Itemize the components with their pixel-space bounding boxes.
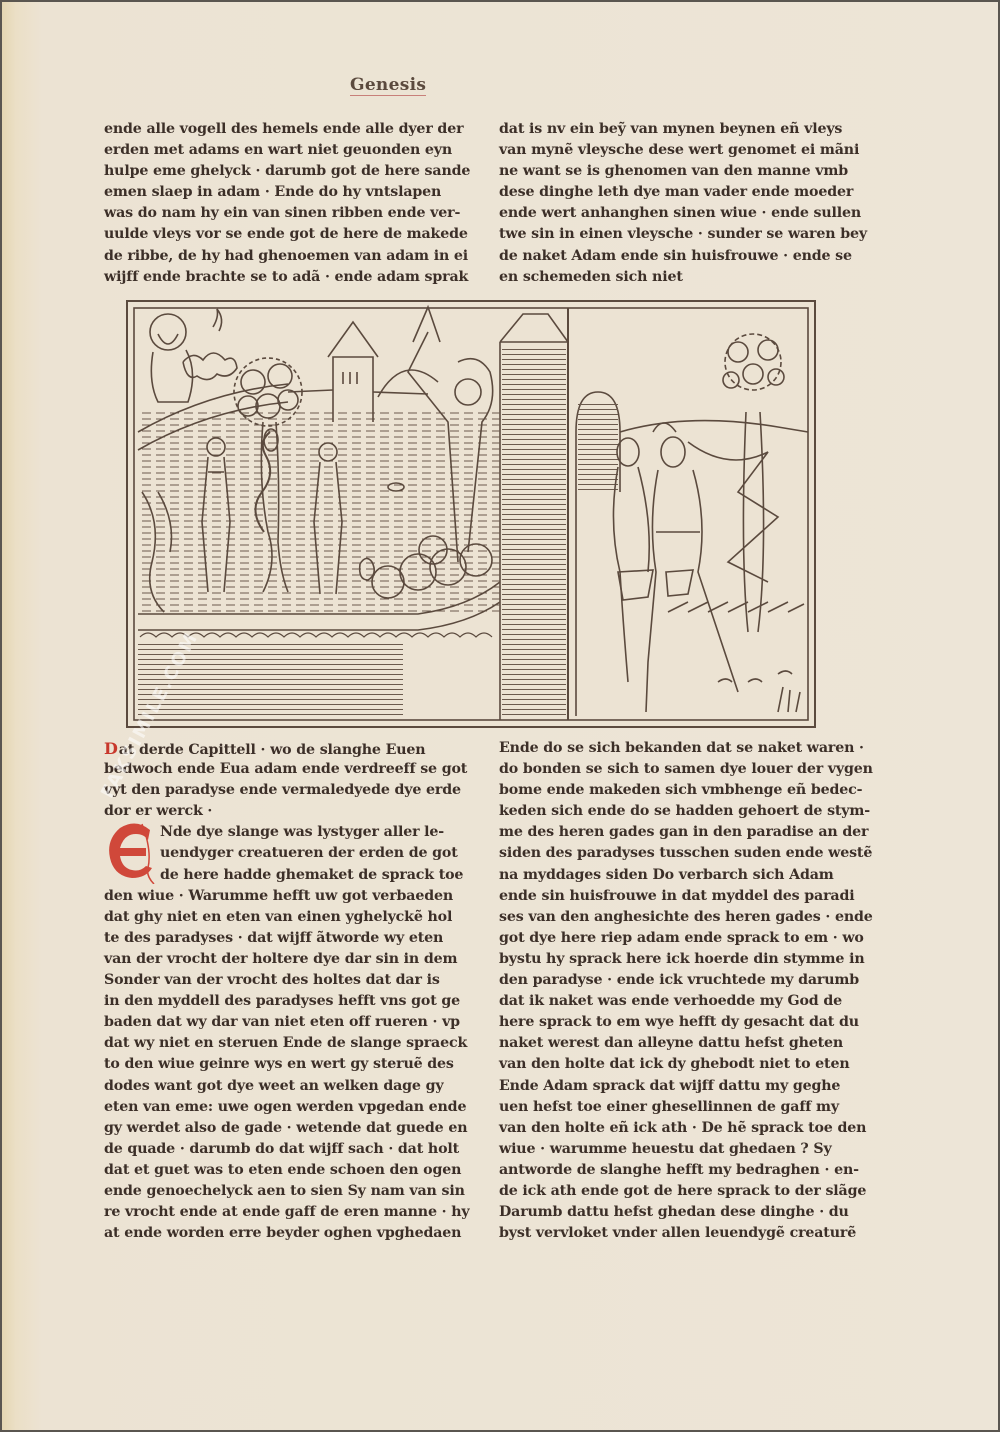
text-line: emen slaep in adam · Ende do hy vntslape… — [104, 182, 470, 203]
text-line: de ribbe, de hy had ghenoemen van adam i… — [104, 246, 470, 267]
running-head: Genesis — [350, 76, 426, 96]
text-line: keden sich ende do se hadden gehoert de … — [499, 801, 873, 822]
text-column-top-left: ende alle vogell des hemels ende alle dy… — [104, 119, 470, 288]
text-line: erden met adams en wart niet geuonden ey… — [104, 140, 470, 161]
text-line: re vrocht ende at ende gaff de eren mann… — [104, 1202, 469, 1223]
text-line: at ende worden erre beyder oghen vpgheda… — [104, 1223, 469, 1244]
text-line: ne want se is ghenomen van den manne vmb — [499, 161, 867, 182]
text-line: do bonden se sich to samen dye louer der… — [499, 759, 873, 780]
chapter-heading-line: vyt den paradyse ende vermaledyede dye e… — [104, 780, 469, 801]
text-line: de ick ath ende got de here sprack to de… — [499, 1181, 873, 1202]
text-line: dat is nv ein beỹ van mynen beynen eñ vl… — [499, 119, 867, 140]
text-column-top-right: dat is nv ein beỹ van mynen beynen eñ vl… — [499, 119, 867, 288]
text-line: uendyger creatueren der erden de got — [104, 843, 469, 864]
text-line: Ende Adam sprack dat wijff dattu my gegh… — [499, 1076, 873, 1097]
text-line: byst vervloket vnder allen leuendygẽ cre… — [499, 1223, 873, 1244]
text-line: dat ghy niet en eten van einen yghelyckẽ… — [104, 907, 469, 928]
text-line: naket werest dan alleyne dattu hefst ghe… — [499, 1033, 873, 1054]
text-line: eten van eme: uwe ogen werden vpgedan en… — [104, 1097, 469, 1118]
text-line: ende sin huisfrouwe in dat myddel des pa… — [499, 886, 873, 907]
text-line: wiue · warumme heuestu dat ghedaen ? Sy — [499, 1139, 873, 1160]
text-line: van mynẽ vleysche dese wert genomet ei m… — [499, 140, 867, 161]
text-line: van der vrocht der holtere dye dar sin i… — [104, 949, 469, 970]
text-line: got dye here riep adam ende sprack to em… — [499, 928, 873, 949]
text-line: ende alle vogell des hemels ende alle dy… — [104, 119, 470, 140]
text-line: dat wy niet en steruen Ende de slange sp… — [104, 1033, 469, 1054]
text-line: hulpe eme ghelyck · darumb got de here s… — [104, 161, 470, 182]
text-line: Darumb dattu hefst ghedan dese dinghe · … — [499, 1202, 873, 1223]
text-line: Nde dye slange was lystyger aller le- — [104, 822, 469, 843]
text-line: de here hadde ghemaket de sprack toe — [104, 865, 469, 886]
text-line: te des paradyses · dat wijff ãtworde wy … — [104, 928, 469, 949]
text-line: baden dat wy dar van niet eten off ruere… — [104, 1012, 469, 1033]
text-line: ses van den anghesichte des heren gades … — [499, 907, 873, 928]
text-line: ende wert anhanghen sinen wiue · ende su… — [499, 203, 867, 224]
text-line: to den wiue geinre wys en wert gy steruẽ… — [104, 1054, 469, 1075]
text-line: na myddages siden Do verbarch sich Adam — [499, 865, 873, 886]
chapter-heading-line: dor er werck · — [104, 801, 469, 822]
text-line: siden des paradyses tusschen suden ende … — [499, 843, 873, 864]
text-line: ende genoechelyck aen to sien Sy nam van… — [104, 1181, 469, 1202]
text-line: in den myddell des paradyses hefft vns g… — [104, 991, 469, 1012]
chapter-heading-line: Dat derde Capittell · wo de slanghe Euen — [104, 738, 469, 759]
text-line: dat et guet was to eten ende schoen den … — [104, 1160, 469, 1181]
text-line: Sonder van der vrocht des holtes dat dar… — [104, 970, 469, 991]
text-line: was do nam hy ein van sinen ribben ende … — [104, 203, 470, 224]
text-line: gy werdet also de gade · wetende dat gue… — [104, 1118, 469, 1139]
text-line: de naket Adam ende sin huisfrouwe · ende… — [499, 246, 867, 267]
text-line: dodes want got dye weet an welken dage g… — [104, 1076, 469, 1097]
text-line: de quade · darumb do dat wijff sach · da… — [104, 1139, 469, 1160]
book-page: Genesis ende alle vogell des hemels ende… — [2, 2, 998, 1430]
text-line: antworde de slanghe hefft my bedraghen ·… — [499, 1160, 873, 1181]
text-column-bottom-left: Dat derde Capittell · wo de slanghe Euen… — [104, 738, 469, 1244]
text-line: uulde vleys vor se ende got de here de m… — [104, 224, 470, 245]
text-line: van den holte eñ ick ath · De hẽ sprack … — [499, 1118, 873, 1139]
text-line: den paradyse · ende ick vruchtede my dar… — [499, 970, 873, 991]
woodcut-illustration — [126, 300, 816, 728]
text-line: en schemeden sich niet — [499, 267, 867, 288]
text-line: uen hefst toe einer ghesellinnen de gaff… — [499, 1097, 873, 1118]
chapter-heading-line: bedwoch ende Eua adam ende verdreeff se … — [104, 759, 469, 780]
rubricated-initial-e-icon — [106, 820, 158, 884]
text-line: bystu hy sprack here ick hoerde din stym… — [499, 949, 873, 970]
text-line: here sprack to em wye hefft dy gesacht d… — [499, 1012, 873, 1033]
text-line: van den holte dat ick dy ghebodt niet to… — [499, 1054, 873, 1075]
text-column-bottom-right: Ende do se sich bekanden dat se naket wa… — [499, 738, 873, 1244]
text-line: twe sin in einen vleysche · sunder se wa… — [499, 224, 867, 245]
text-line: Ende do se sich bekanden dat se naket wa… — [499, 738, 873, 759]
text-line: wijff ende brachte se to adã · ende adam… — [104, 267, 470, 288]
text-line: dat ik naket was ende verhoedde my God d… — [499, 991, 873, 1012]
text-line: dese dinghe leth dye man vader ende moed… — [499, 182, 867, 203]
text-line: bome ende makeden sich vmbhenge eñ bedec… — [499, 780, 873, 801]
text-line: me des heren gades gan in den paradise a… — [499, 822, 873, 843]
woodcut-image-icon — [128, 302, 814, 726]
text-line: den wiue · Warumme hefft uw got verbaede… — [104, 886, 469, 907]
